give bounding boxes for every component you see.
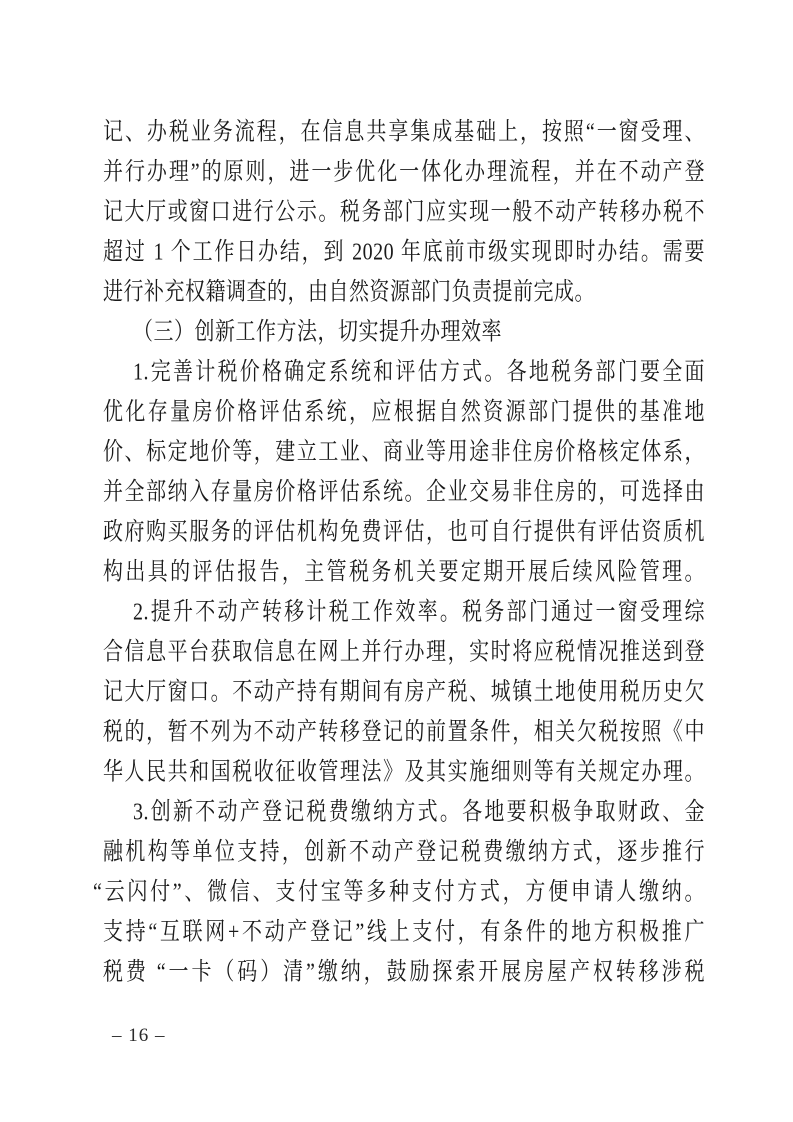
page-number: – 16 – bbox=[112, 1022, 166, 1050]
document-line: 税费 “一卡（码）清”缴纳，鼓励探索开展房屋产权转移涉税 bbox=[103, 948, 705, 997]
document-body: 记、办税业务流程，在信息共享集成基础上，按照“一窗受理、 并行办理”的原则，进一… bbox=[103, 112, 705, 992]
document-page: 记、办税业务流程，在信息共享集成基础上，按照“一窗受理、 并行办理”的原则，进一… bbox=[0, 0, 793, 1122]
